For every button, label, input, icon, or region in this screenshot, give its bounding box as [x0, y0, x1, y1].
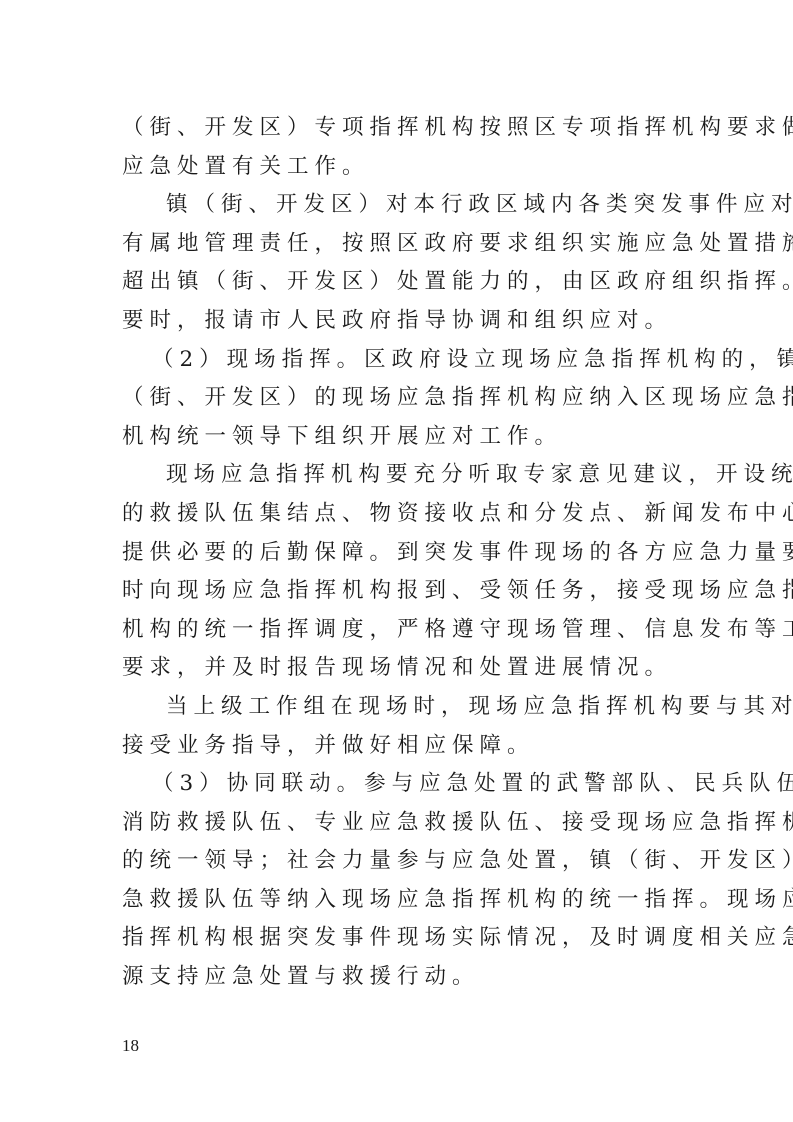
text-line: 指挥机构根据突发事件现场实际情况，及时调度相关应急资 — [122, 919, 678, 958]
text-line: 的统一领导；社会力量参与应急处置，镇（街、开发区）应 — [122, 842, 678, 881]
paragraph: 当上级工作组在现场时，现场应急指挥机构要与其对接， 接受业务指导，并做好相应保障… — [122, 688, 678, 765]
document-body: （街、开发区）专项指挥机构按照区专项指挥机构要求做好 应急处置有关工作。 镇（街… — [122, 109, 678, 997]
paragraph: 现场应急指挥机构要充分听取专家意见建议，开设统一 的救援队伍集结点、物资接收点和… — [122, 456, 678, 688]
text-line: 要求，并及时报告现场情况和处置进展情况。 — [122, 649, 678, 688]
text-line: 提供必要的后勤保障。到突发事件现场的各方应急力量要及 — [122, 534, 678, 573]
text-line: 当上级工作组在现场时，现场应急指挥机构要与其对接， — [122, 688, 678, 727]
paragraph-section-2: （2）现场指挥。区政府设立现场应急指挥机构的，镇 （街、开发区）的现场应急指挥机… — [122, 341, 678, 457]
text-line: 机构统一领导下组织开展应对工作。 — [122, 418, 678, 457]
text-line: 机构的统一指挥调度，严格遵守现场管理、信息发布等工作 — [122, 611, 678, 650]
text-line: 消防救援队伍、专业应急救援队伍、接受现场应急指挥机构 — [122, 804, 678, 843]
text-line: 要时，报请市人民政府指导协调和组织应对。 — [122, 302, 678, 341]
section-heading-line: （3）协同联动。参与应急处置的武警部队、民兵队伍、 — [122, 765, 678, 804]
text-line: 镇（街、开发区）对本行政区域内各类突发事件应对负 — [122, 186, 678, 225]
text-line: 时向现场应急指挥机构报到、受领任务，接受现场应急指挥 — [122, 572, 678, 611]
text-line: 超出镇（街、开发区）处置能力的，由区政府组织指挥。必 — [122, 263, 678, 302]
text-line: 的救援队伍集结点、物资接收点和分发点、新闻发布中心， — [122, 495, 678, 534]
paragraph: 镇（街、开发区）对本行政区域内各类突发事件应对负 有属地管理责任，按照区政府要求… — [122, 186, 678, 340]
text-line: 应急处置有关工作。 — [122, 148, 678, 187]
paragraph-section-3: （3）协同联动。参与应急处置的武警部队、民兵队伍、 消防救援队伍、专业应急救援队… — [122, 765, 678, 997]
text-line: 有属地管理责任，按照区政府要求组织实施应急处置措施。 — [122, 225, 678, 264]
text-line: 现场应急指挥机构要充分听取专家意见建议，开设统一 — [122, 456, 678, 495]
text-line: （街、开发区）专项指挥机构按照区专项指挥机构要求做好 — [122, 109, 678, 148]
section-heading-line: （2）现场指挥。区政府设立现场应急指挥机构的，镇 — [122, 341, 678, 380]
text-line: 源支持应急处置与救援行动。 — [122, 958, 678, 997]
text-line: 急救援队伍等纳入现场应急指挥机构的统一指挥。现场应急 — [122, 881, 678, 920]
paragraph: （街、开发区）专项指挥机构按照区专项指挥机构要求做好 应急处置有关工作。 — [122, 109, 678, 186]
text-line: 接受业务指导，并做好相应保障。 — [122, 727, 678, 766]
text-line: （街、开发区）的现场应急指挥机构应纳入区现场应急指挥 — [122, 379, 678, 418]
page-number: 18 — [122, 1036, 139, 1056]
